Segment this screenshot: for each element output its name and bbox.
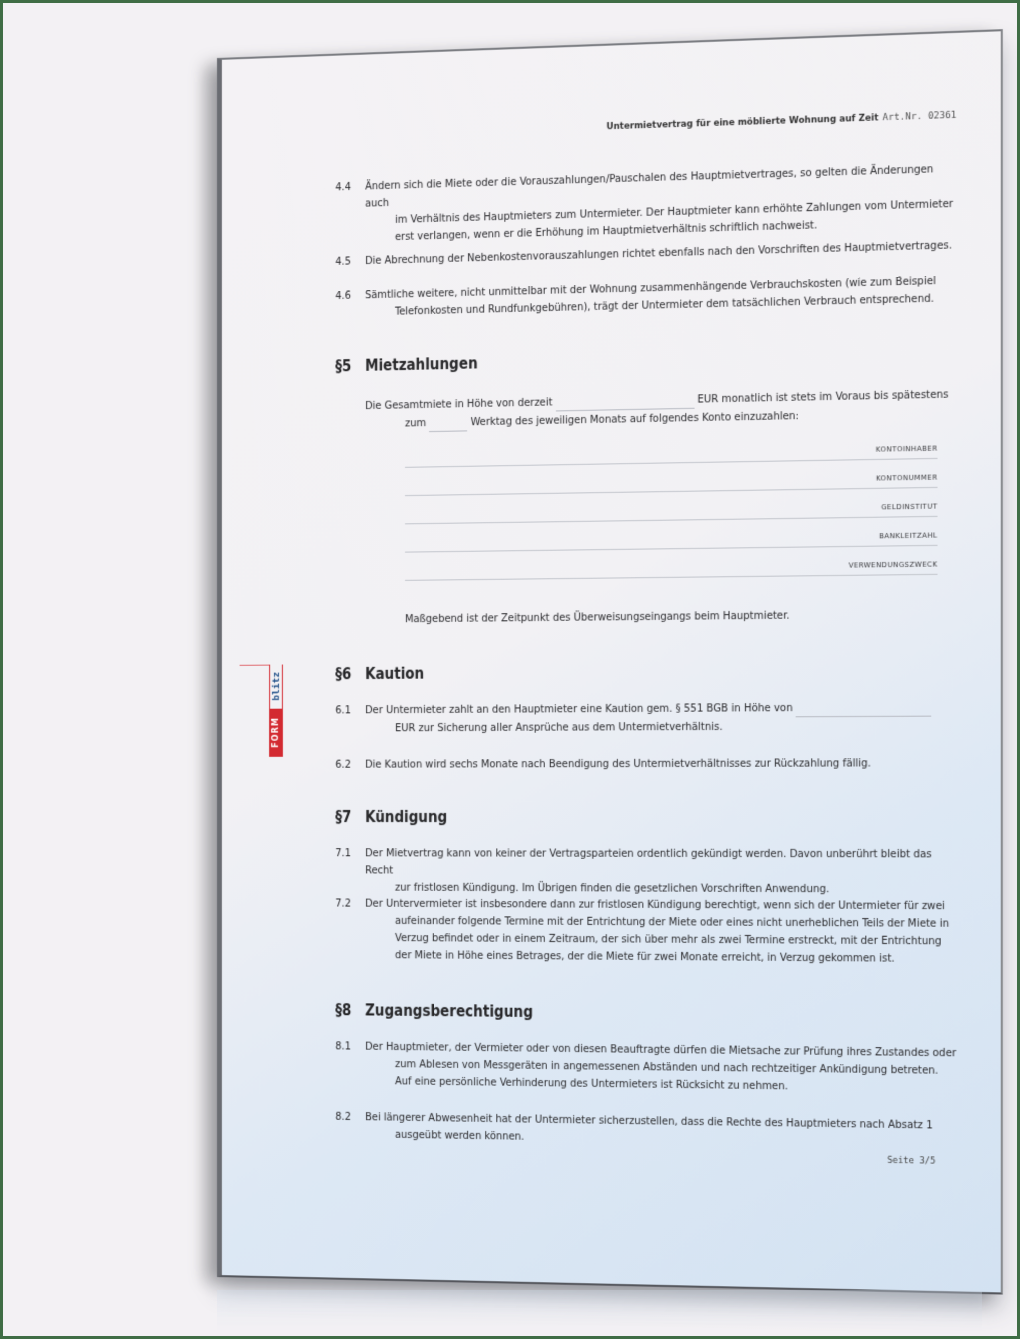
clause-7-1: 7.1 Der Mietvertrag kann von keiner der … [335,844,958,898]
rent-text-d: Werktag des jeweiligen Monats auf folgen… [471,409,799,428]
payment-reference-field[interactable]: VERWENDUNGSZWECK [405,547,938,581]
clause-number: 4.5 [335,252,365,270]
formblitz-logo: blitz FORM [269,665,283,757]
header-title: Untermietvertrag für eine möblierte Wohn… [606,112,878,132]
clause-text: Die Kaution wird sechs Monate nach Beend… [365,754,958,773]
logo-blitz: blitz [269,665,283,710]
clause-8-2: 8.2 Bei längerer Abwesenheit hat der Unt… [335,1108,958,1152]
clause-4-6: 4.6 Sämtliche weitere, nicht unmittelbar… [335,271,958,321]
clause-number: 6.2 [335,756,365,773]
clause-text-continued: aufeinander folgende Termine mit der Ent… [395,912,959,967]
clause-text-continued: zum Ablesen von Messgeräten in angemesse… [395,1055,959,1097]
field-label: BANKLEITZAHL [879,530,937,540]
clause-number: 8.1 [335,1037,365,1054]
payment-note: Maßgebend ist der Zeitpunkt des Überweis… [405,605,959,628]
clause-6-2: 6.2 Die Kaution wird sechs Monate nach B… [335,754,958,773]
clause-number: 8.2 [335,1108,365,1126]
field-label: KONTONUMMER [876,472,938,482]
field-label: GELDINSTITUT [881,501,937,511]
field-label: KONTOINHABER [876,443,938,453]
clause-number: 7.2 [335,894,365,911]
clause-number: 6.1 [335,701,365,718]
field-label: VERWENDUNGSZWECK [849,559,938,569]
article-number: Art.Nr. 02361 [883,111,957,124]
clause-text-continued: EUR zur Sicherung aller Ansprüche aus de… [395,717,959,737]
section-number: §5 [335,357,365,376]
workday-field[interactable] [429,413,467,432]
logo-line [240,665,270,666]
clause-6-1: 6.1 Der Untermieter zahlt an den Hauptmi… [335,698,958,737]
section-number: §6 [335,665,365,683]
clause-number: 4.4 [335,177,365,195]
clause-number: 4.6 [335,286,365,304]
rent-text-c: zum [405,416,426,430]
clause-8-1: 8.1 Der Hauptmieter, der Vermieter oder … [335,1037,958,1096]
section-5-heading: §5Mietzahlungen [335,354,477,375]
clause-text: Der Mietvertrag kann von keiner der Vert… [365,844,958,880]
section-8-heading: §8Zugangsberechtigung [335,1001,533,1021]
deposit-amount-field[interactable] [796,698,932,717]
rent-text-b: EUR monatlich ist stets im Voraus bis sp… [698,387,949,405]
page-reflection [217,1290,982,1330]
section-6-heading: §6Kaution [335,664,424,683]
document-page: Untermietvertrag für eine möblierte Wohn… [217,29,1003,1294]
section-title: Zugangsberechtigung [365,1001,533,1021]
document-header: Untermietvertrag für eine möblierte Wohn… [606,110,956,133]
clause-text: Der Untermieter zahlt an den Hauptmieter… [365,701,793,716]
rent-text-a: Die Gesamtmiete in Höhe von derzeit [365,395,552,412]
logo-form: FORM [269,709,283,757]
section-title: Mietzahlungen [365,354,478,375]
clause-7-2: 7.2 Der Untervermieter ist insbesondere … [335,894,958,967]
section-number: §8 [335,1001,365,1019]
page-number: Seite 3/5 [887,1156,935,1167]
document-scene: Untermietvertrag für eine möblierte Wohn… [0,0,1020,1339]
section-7-heading: §7Kündigung [335,808,447,826]
clause-number: 7.1 [335,844,365,861]
section-title: Kündigung [365,808,447,826]
section-title: Kaution [365,664,424,683]
clause-4-4: 4.4 Ändern sich die Miete oder die Vorau… [335,159,958,247]
section-number: §7 [335,808,365,826]
rent-payment-text: Die Gesamtmiete in Höhe von derzeit EUR … [365,385,958,433]
